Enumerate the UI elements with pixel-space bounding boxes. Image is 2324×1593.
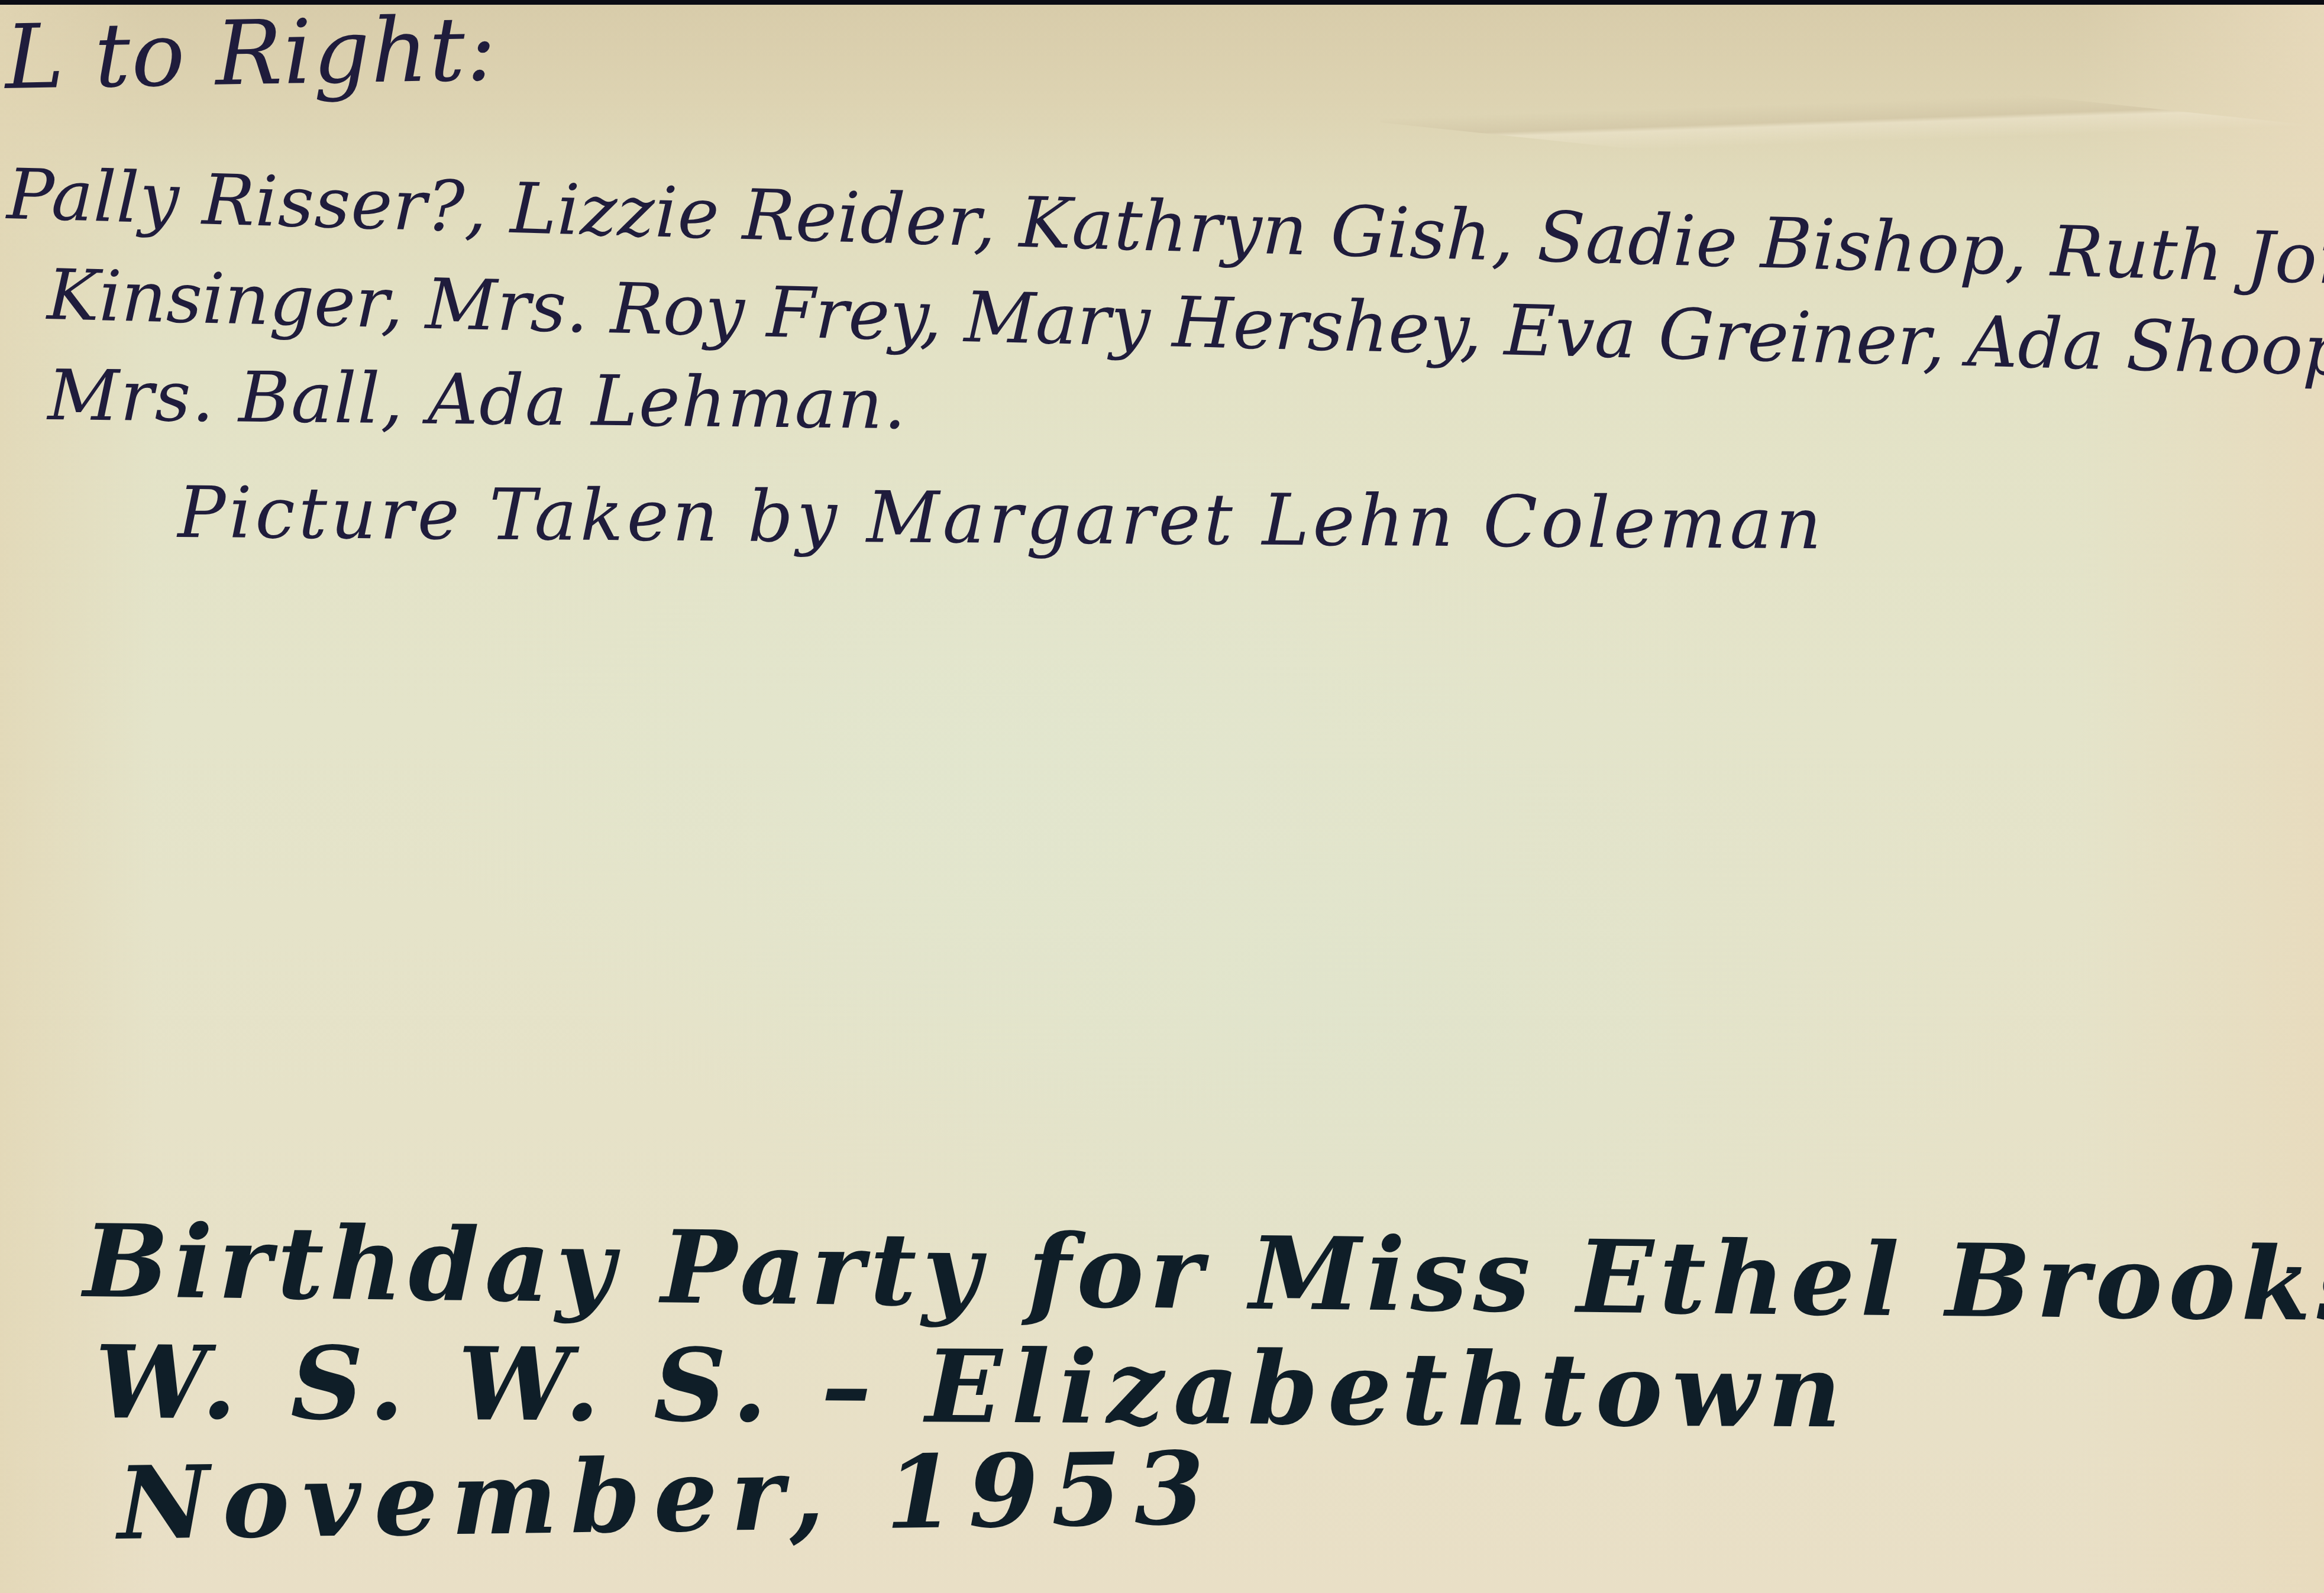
photographer-credit: Picture Taken by Margaret Lehn Coleman	[177, 472, 1825, 566]
paper-sheet: L to Right: Pally Risser?, Lizzie Reider…	[0, 5, 2324, 1593]
caption-date: November, 1953	[117, 1432, 1218, 1560]
names-line-3: Mrs. Ball, Ada Lehman.	[47, 354, 907, 445]
caption-organization: W. S. W. S. – Elizabethtown	[95, 1326, 1851, 1448]
scanned-photo-back: L to Right: Pally Risser?, Lizzie Reider…	[0, 0, 2324, 1593]
caption-title: Birthday Party for Miss Ethel Brooks	[83, 1205, 2324, 1342]
heading-left-to-right: L to Right:	[4, 2, 498, 105]
